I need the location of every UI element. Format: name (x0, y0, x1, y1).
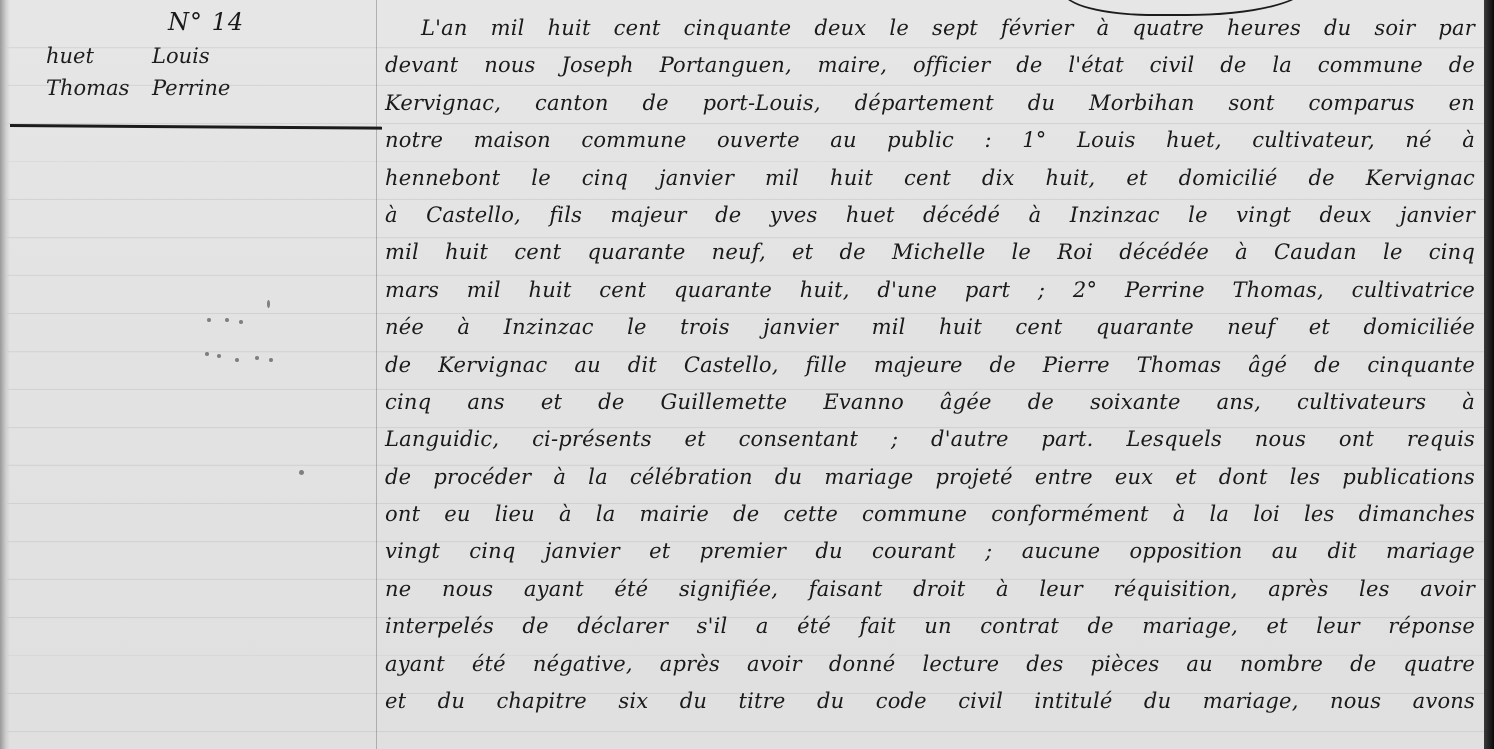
page-left-edge-shadow (0, 0, 10, 749)
text-line: vingt cinq janvier et premier du courant… (385, 533, 1475, 570)
text-line: mars mil huit cent quarante huit, d'une … (385, 272, 1475, 309)
page-right-edge-binding (1484, 0, 1494, 749)
text-line: L'an mil huit cent cinquante deux le sep… (385, 10, 1475, 47)
groom-surname: huet (46, 40, 134, 72)
groom-given-name: Louis (152, 40, 210, 72)
bride-given-name: Perrine (152, 72, 230, 104)
ink-smudges (205, 300, 325, 480)
bride-name: Thomas Perrine (46, 72, 230, 104)
text-line: ayant été négative, après avoir donné le… (385, 646, 1475, 683)
entry-number: N° 14 (168, 8, 244, 36)
margin-rule-line (376, 0, 377, 749)
text-line: Kervignac, canton de port-Louis, départe… (385, 85, 1475, 122)
text-line: hennebont le cinq janvier mil huit cent … (385, 160, 1475, 197)
text-line: cinq ans et de Guillemette Evanno âgée d… (385, 384, 1475, 421)
text-line: de procéder à la célébration du mariage … (385, 459, 1475, 496)
text-line: ne nous ayant été signifiée, faisant dro… (385, 571, 1475, 608)
margin-column: N° 14 huet Louis Thomas Perrine (10, 0, 376, 749)
text-line: à Castello, fils majeur de yves huet déc… (385, 197, 1475, 234)
register-page: N° 14 huet Louis Thomas Perrine L'a (0, 0, 1494, 749)
text-line: et du chapitre six du titre du code civi… (385, 683, 1475, 720)
act-body-text: L'an mil huit cent cinquante deux le sep… (385, 10, 1475, 720)
text-line: devant nous Joseph Portanguen, maire, of… (385, 47, 1475, 84)
text-line: de Kervignac au dit Castello, fille maje… (385, 347, 1475, 384)
bride-surname: Thomas (46, 72, 134, 104)
text-line: Languidic, ci-présents et consentant ; d… (385, 421, 1475, 458)
groom-name: huet Louis (46, 40, 230, 72)
text-line: ont eu lieu à la mairie de cette commune… (385, 496, 1475, 533)
text-line: notre maison commune ouverte au public :… (385, 122, 1475, 159)
text-line: interpelés de déclarer s'il a été fait u… (385, 608, 1475, 645)
text-line: mil huit cent quarante neuf, et de Miche… (385, 234, 1475, 271)
text-line: née à Inzinzac le trois janvier mil huit… (385, 309, 1475, 346)
margin-names: huet Louis Thomas Perrine (46, 40, 230, 104)
